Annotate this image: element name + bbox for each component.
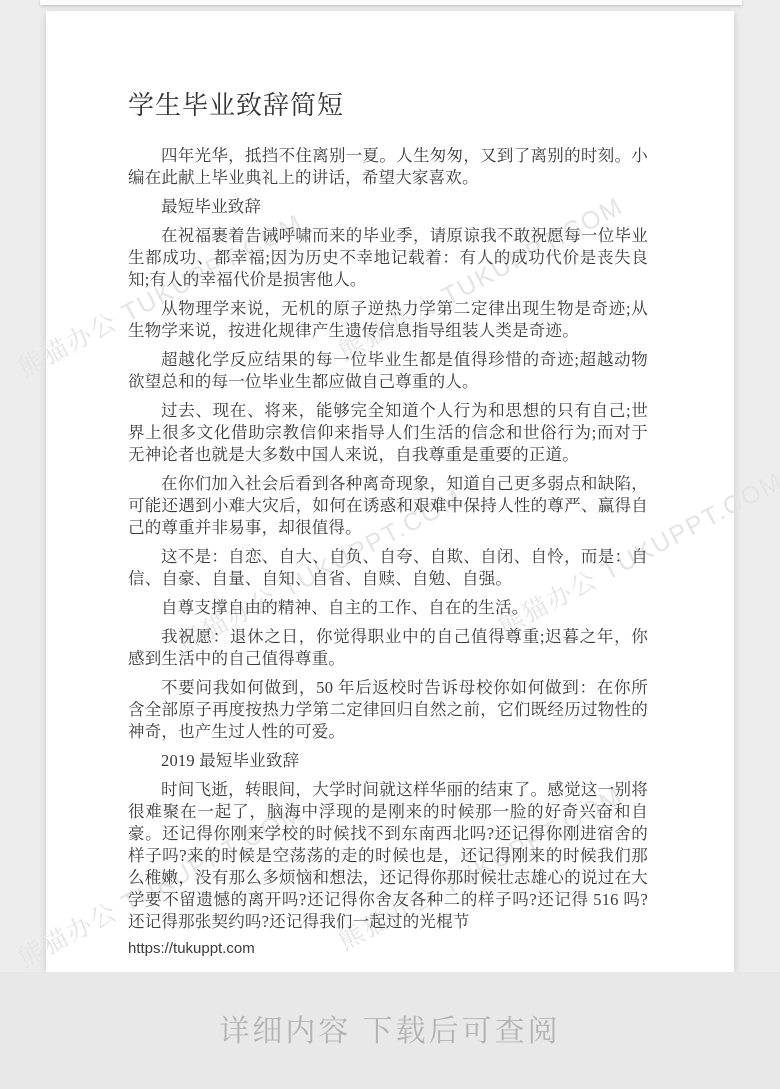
document-page: 熊猫办公 TUKUPPT.COM 熊猫办公 TUKUPPT.COM 熊猫办公 T… [46,11,734,972]
document-source-url: https://tukuppt.com [128,940,648,957]
document-content: 学生毕业致辞简短 四年光华，抵挡不住离别一夏。人生匆匆，又到了离别的时刻。小编在… [46,11,734,957]
preview-caption-text: 详细内容 下载后可查阅 [219,1014,560,1050]
doc-subheading: 2019 最短毕业致辞 [128,750,648,772]
doc-paragraph: 过去、现在、将来，能够完全知道个人行为和思想的只有自己;世界上很多文化借助宗教信… [128,400,648,466]
doc-paragraph: 四年光华，抵挡不住离别一夏。人生匆匆，又到了离别的时刻。小编在此献上毕业典礼上的… [128,145,648,189]
doc-paragraph: 在你们加入社会后看到各种离奇现象，知道自己更多弱点和缺陷，可能还遇到小难大灾后，… [128,473,648,539]
doc-paragraph: 自尊支撑自由的精神、自主的工作、自在的生活。 [128,597,648,619]
preview-caption-bar: 详细内容 下载后可查阅 [0,972,780,1089]
doc-paragraph: 我祝愿：退休之日，你觉得职业中的自己值得尊重;迟暮之年，你感到生活中的自己值得尊… [128,626,648,670]
document-title: 学生毕业致辞简短 [128,91,648,121]
preview-stage: 熊猫办公 TUKUPPT.COM 熊猫办公 TUKUPPT.COM 熊猫办公 T… [0,0,780,1089]
doc-paragraph: 从物理学来说，无机的原子逆热力学第二定律出现生物是奇迹;从生物学来说，按进化规律… [128,298,648,342]
doc-paragraph: 不要问我如何做到，50 年后返校时告诉母校你如何做到：在你所含全部原子再度按热力… [128,677,648,743]
doc-subheading: 最短毕业致辞 [128,196,648,218]
previous-page-edge [40,0,742,5]
doc-paragraph: 这不是：自恋、自大、自负、自夸、自欺、自闭、自怜，而是：自信、自豪、自量、自知、… [128,546,648,590]
doc-paragraph: 时间飞逝，转眼间，大学时间就这样华丽的结束了。感觉这一别将很难聚在一起了，脑海中… [128,779,648,933]
doc-paragraph: 超越化学反应结果的每一位毕业生都是值得珍惜的奇迹;超越动物欲望总和的每一位毕业生… [128,349,648,393]
doc-paragraph: 在祝福裹着告诫呼啸而来的毕业季，请原谅我不敢祝愿每一位毕业生都成功、都幸福;因为… [128,225,648,291]
